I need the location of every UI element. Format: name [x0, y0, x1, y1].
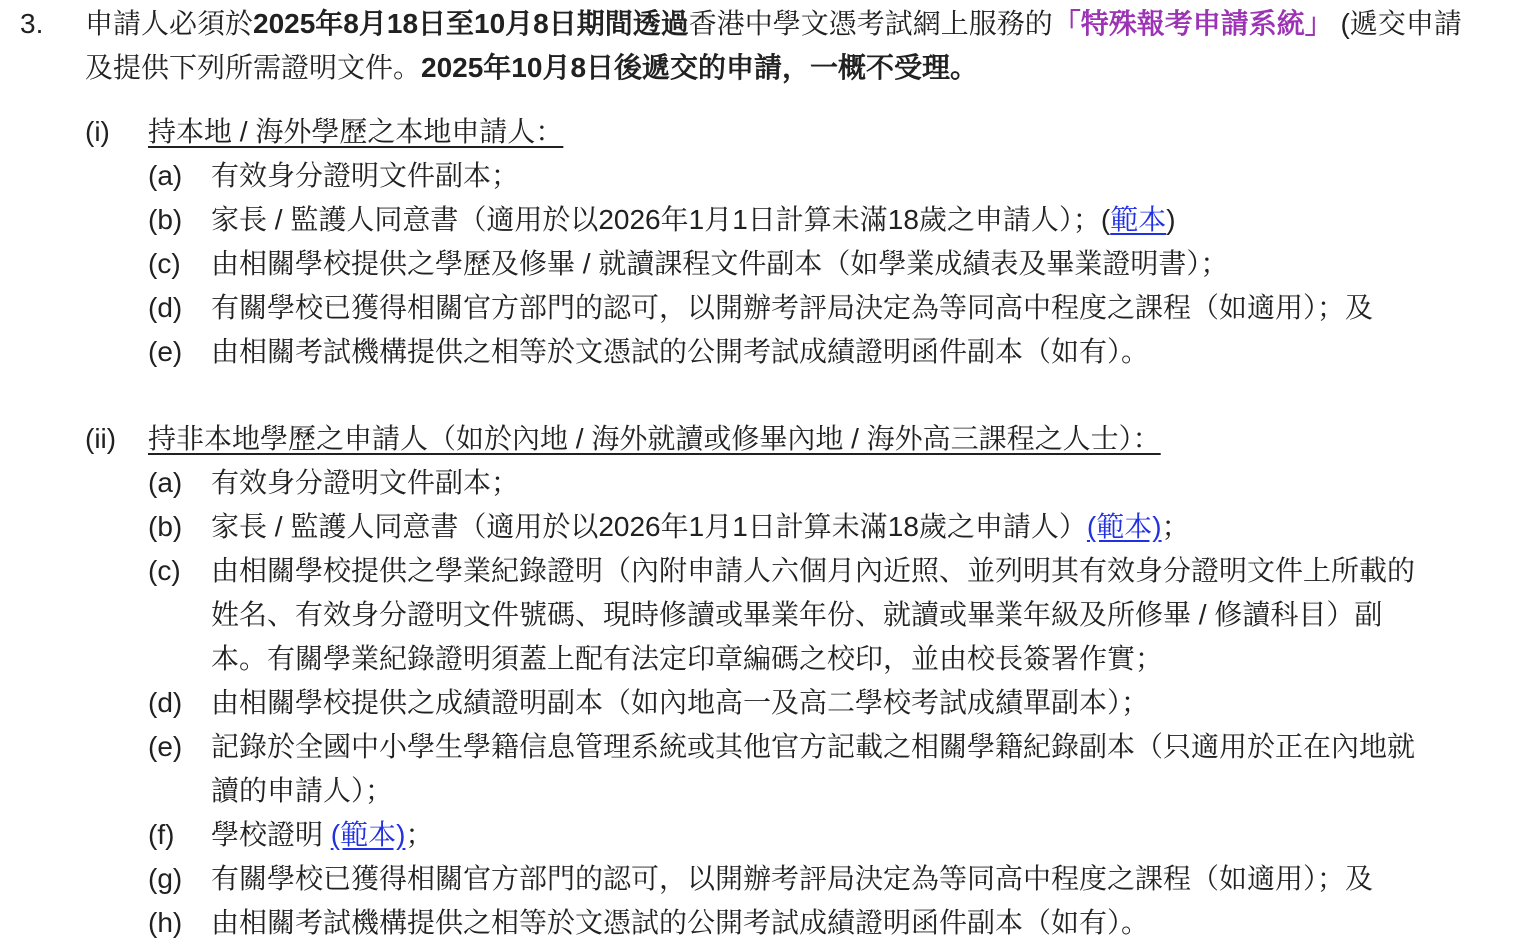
item-text: 由相關學校提供之學歷及修畢 / 就讀課程文件副本（如學業成績表及畢業證明書）； — [211, 242, 1228, 286]
list-item-ii-b: (b) 家長 / 監護人同意書（適用於以2026年1月1日計算未滿18歲之申請人… — [148, 505, 1508, 549]
item-text: 有關學校已獲得相關官方部門的認可，以開辦考評局決定為等同高中程度之課程（如適用）… — [211, 857, 1373, 901]
item-text: 有關學校已獲得相關官方部門的認可，以開辦考評局決定為等同高中程度之課程（如適用）… — [211, 286, 1373, 330]
text-segment: ) — [1166, 204, 1175, 235]
sample-link[interactable]: (範本) — [1087, 511, 1162, 542]
list-item-ii-d: (d) 由相關學校提供之成績證明副本（如內地高一及高二學校考試成績單副本）； — [148, 681, 1508, 725]
item-3-paragraph: 3. 申請人必須於2025年8月18日至10月8日期間透過香港中學文憑考試網上服… — [20, 2, 1508, 90]
item-text: 由相關考試機構提供之相等於文憑試的公開考試成績證明函件副本（如有）。 — [211, 901, 1149, 945]
item-label: (d) — [148, 286, 211, 330]
list-item-i-b: (b) 家長 / 監護人同意書（適用於以2026年1月1日計算未滿18歲之申請人… — [148, 198, 1508, 242]
list-item-ii-a: (a) 有效身分證明文件副本； — [148, 461, 1508, 505]
item-label: (h) — [148, 901, 211, 945]
list-item-ii-c: (c) 由相關學校提供之學業紀錄證明（內附申請人六個月內近照、並列明其有效身分證… — [148, 549, 1508, 681]
section-i-heading: 持本地 / 海外學歷之本地申請人： — [148, 110, 1508, 154]
item-label: (b) — [148, 198, 211, 242]
item-label: (a) — [148, 461, 211, 505]
list-item-ii-e: (e) 記錄於全國中小學生學籍信息管理系統或其他官方記載之相關學籍紀錄副本（只適… — [148, 725, 1508, 813]
item-text: 由相關學校提供之成績證明副本（如內地高一及高二學校考試成績單副本）； — [211, 681, 1149, 725]
item-text: 家長 / 監護人同意書（適用於以2026年1月1日計算未滿18歲之申請人）(範本… — [211, 505, 1190, 549]
list-item-i-e: (e) 由相關考試機構提供之相等於文憑試的公開考試成績證明函件副本（如有）。 — [148, 330, 1508, 374]
special-registration-system-link[interactable]: 「特殊報考申請系統」 — [1053, 8, 1333, 39]
item-label: (a) — [148, 154, 211, 198]
text-segment: 家長 / 監護人同意書（適用於以2026年1月1日計算未滿18歲之申請人）；( — [211, 204, 1110, 235]
section-i: (i) 持本地 / 海外學歷之本地申請人： (a) 有效身分證明文件副本； (b… — [85, 110, 1508, 374]
sample-link[interactable]: 範本 — [1110, 204, 1166, 235]
text-segment: ； — [405, 819, 433, 850]
item-text: 有效身分證明文件副本； — [211, 154, 519, 198]
sample-link[interactable]: (範本) — [331, 819, 406, 850]
list-item-i-a: (a) 有效身分證明文件副本； — [148, 154, 1508, 198]
text-segment: 學校證明 — [211, 819, 331, 850]
section-ii: (ii) 持非本地學歷之申請人（如於內地 / 海外就讀或修畢內地 / 海外高三課… — [85, 417, 1508, 945]
section-i-label: (i) — [85, 110, 148, 374]
text-segment: ； — [1162, 511, 1190, 542]
item-text: 家長 / 監護人同意書（適用於以2026年1月1日計算未滿18歲之申請人）；(範… — [211, 198, 1176, 242]
item-text: 由相關考試機構提供之相等於文憑試的公開考試成績證明函件副本（如有）。 — [211, 330, 1149, 374]
item-text: 記錄於全國中小學生學籍信息管理系統或其他官方記載之相關學籍紀錄副本（只適用於正在… — [211, 725, 1433, 813]
paragraph-text: 申請人必須於2025年8月18日至10月8日期間透過香港中學文憑考試網上服務的「… — [85, 2, 1485, 90]
deadline-warning-text: 2025年10月8日後遞交的申請，一概不受理。 — [421, 52, 978, 83]
item-text: 學校證明 (範本)； — [211, 813, 433, 857]
list-item-i-c: (c) 由相關學校提供之學歷及修畢 / 就讀課程文件副本（如學業成績表及畢業證明… — [148, 242, 1508, 286]
list-item-i-d: (d) 有關學校已獲得相關官方部門的認可，以開辦考評局決定為等同高中程度之課程（… — [148, 286, 1508, 330]
section-i-body: 持本地 / 海外學歷之本地申請人： (a) 有效身分證明文件副本； (b) 家長… — [148, 110, 1508, 374]
list-item-ii-f: (f) 學校證明 (範本)； — [148, 813, 1508, 857]
item-label: (d) — [148, 681, 211, 725]
text-segment: 家長 / 監護人同意書（適用於以2026年1月1日計算未滿18歲之申請人） — [211, 511, 1087, 542]
item-text: 由相關學校提供之學業紀錄證明（內附申請人六個月內近照、並列明其有效身分證明文件上… — [211, 549, 1433, 681]
list-item-ii-g: (g) 有關學校已獲得相關官方部門的認可，以開辦考評局決定為等同高中程度之課程（… — [148, 857, 1508, 901]
item-label: (f) — [148, 813, 211, 857]
item-label: (c) — [148, 242, 211, 286]
application-period-text: 2025年8月18日至10月8日期間透過 — [253, 8, 689, 39]
item-label: (g) — [148, 857, 211, 901]
item-label: (e) — [148, 330, 211, 374]
text-segment: 申請人必須於 — [85, 8, 253, 39]
section-ii-body: 持非本地學歷之申請人（如於內地 / 海外就讀或修畢內地 / 海外高三課程之人士）… — [148, 417, 1508, 945]
item-label: (e) — [148, 725, 211, 813]
text-segment: 香港中學文憑考試網上服務的 — [689, 8, 1053, 39]
list-number: 3. — [20, 2, 85, 90]
section-ii-label: (ii) — [85, 417, 148, 945]
item-text: 有效身分證明文件副本； — [211, 461, 519, 505]
document-body: 3. 申請人必須於2025年8月18日至10月8日期間透過香港中學文憑考試網上服… — [0, 0, 1518, 945]
item-label: (b) — [148, 505, 211, 549]
item-label: (c) — [148, 549, 211, 681]
section-ii-heading: 持非本地學歷之申請人（如於內地 / 海外就讀或修畢內地 / 海外高三課程之人士）… — [148, 417, 1508, 461]
list-item-ii-h: (h) 由相關考試機構提供之相等於文憑試的公開考試成績證明函件副本（如有）。 — [148, 901, 1508, 945]
